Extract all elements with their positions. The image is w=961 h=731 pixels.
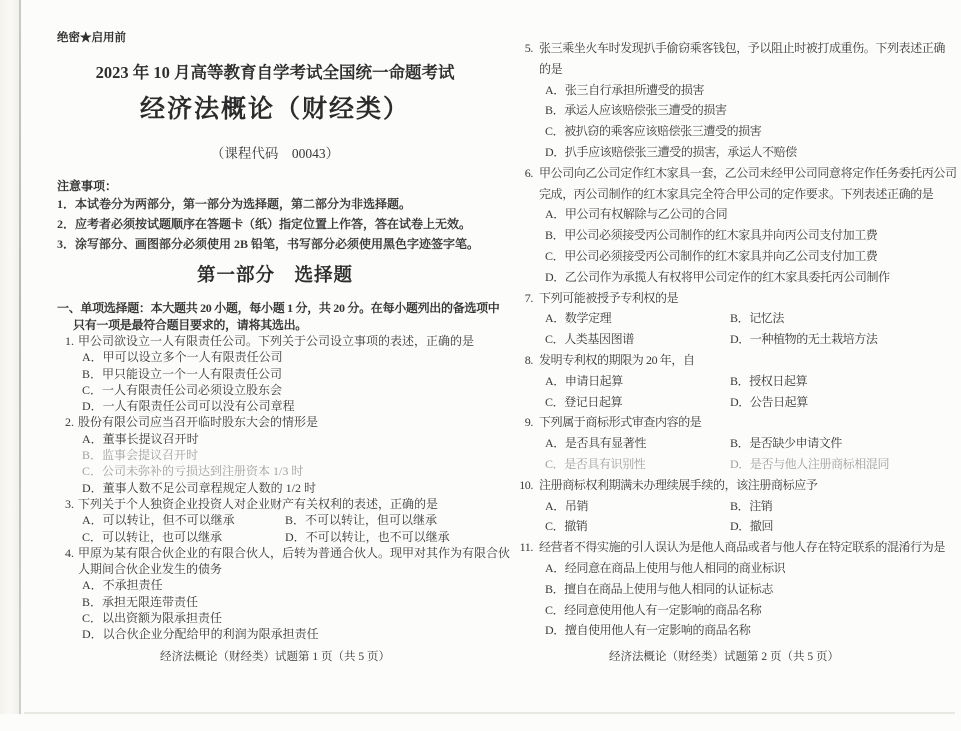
question-6-option-d: D．乙公司作为承揽人有权将甲公司定作的红木家具委托丙公司制作 xyxy=(509,267,939,288)
question-9-number: 9. xyxy=(509,412,539,433)
question-5-option-d: D．扒手应该赔偿张三遭受的损害，承运人不赔偿 xyxy=(509,142,939,163)
question-3-options-row-2: C．可以转让，也可以继承 D．不可以转让，也不可以继承 xyxy=(57,529,493,545)
question-5-option-b: B．承运人应该赔偿张三遭受的损害 xyxy=(509,100,939,121)
question-1-stem-text: 甲公司欲设立一人有限责任公司。下列关于公司设立事项的表述，正确的是 xyxy=(78,333,493,349)
question-6-stem: 6. 甲公司向乙公司定作红木家具一套，乙公司未经甲公司同意将定作任务委托丙公司 xyxy=(509,163,939,184)
question-4-stem-line-2: 人期间合伙企业发生的债务 xyxy=(57,561,493,577)
question-1-number: 1. xyxy=(57,333,78,349)
question-10-number: 10. xyxy=(509,475,539,496)
question-3-stem: 3. 下列关于个人独资企业投资人对企业财产有关权利的表述，正确的是 xyxy=(57,496,493,512)
question-6-option-c: C．甲公司必须接受丙公司制作的红木家具并向乙公司支付加工费 xyxy=(509,246,939,267)
question-9-option-c: C．是否具有识别性 xyxy=(545,454,730,475)
question-11-option-a: A．经同意在商品上使用与他人相同的商业标识 xyxy=(509,558,939,579)
page-1-footer: 经济法概论（财经类）试题第 1 页（共 5 页） xyxy=(57,650,493,665)
question-3-option-d: D．不可以转让，也不可以继承 xyxy=(285,529,493,545)
question-7-stem: 7. 下列可能被授予专利权的是 xyxy=(509,288,939,309)
question-1-option-c: C．一人有限责任公司必须设立股东会 xyxy=(57,382,493,398)
question-2-number: 2. xyxy=(57,414,78,430)
question-8-option-a: A．申请日起算 xyxy=(545,371,730,392)
question-1: 1. 甲公司欲设立一人有限责任公司。下列关于公司设立事项的表述，正确的是 A．甲… xyxy=(57,333,493,414)
question-8-stem: 8. 发明专利权的期限为 20 年，自 xyxy=(509,350,939,371)
secrecy-label: 绝密★启用前 xyxy=(57,31,493,45)
notice-title: 注意事项： xyxy=(57,178,493,194)
question-11-option-c: C．经同意使用他人有一定影响的商品名称 xyxy=(509,600,939,621)
question-3-option-c: C．可以转让，也可以继承 xyxy=(82,529,285,545)
question-9-stem-text: 下列属于商标形式审查内容的是 xyxy=(539,412,939,433)
question-4-option-a: A．不承担责任 xyxy=(57,577,493,593)
question-2-stem-text: 股份有限公司应当召开临时股东大会的情形是 xyxy=(78,414,493,430)
section-intro-line-1: 一、单项选择题：本大题共 20 小题，每小题 1 分，共 20 分。在每小题列出… xyxy=(57,300,493,317)
question-8-number: 8. xyxy=(509,350,539,371)
question-8: 8. 发明专利权的期限为 20 年，自 A．申请日起算 B．授权日起算 C．登记… xyxy=(509,350,939,412)
question-3-stem-text: 下列关于个人独资企业投资人对企业财产有关权利的表述，正确的是 xyxy=(78,496,493,512)
question-2-option-d: D．董事人数不足公司章程规定人数的 1/2 时 xyxy=(57,480,493,496)
question-6: 6. 甲公司向乙公司定作红木家具一套，乙公司未经甲公司同意将定作任务委托丙公司 … xyxy=(509,163,939,288)
question-7-option-c: C．人类基因图谱 xyxy=(545,329,730,350)
question-5-option-c: C．被扒窃的乘客应该赔偿张三遭受的损害 xyxy=(509,121,939,142)
question-5-stem: 5. 张三乘坐火车时发现扒手偷窃乘客钱包，予以阻止时被打成重伤。下列表述正确 xyxy=(509,38,939,59)
question-7-option-d: D．一种植物的无土栽培方法 xyxy=(730,329,939,350)
question-5-stem-text: 张三乘坐火车时发现扒手偷窃乘客钱包，予以阻止时被打成重伤。下列表述正确 xyxy=(539,38,945,59)
question-5-option-a: A．张三自行承担所遭受的损害 xyxy=(509,80,939,101)
question-2-option-b: B．监事会提议召开时 xyxy=(57,447,493,463)
question-5-number: 5. xyxy=(509,38,539,59)
question-9-option-a: A．是否具有显著性 xyxy=(545,433,730,454)
question-6-option-b: B．甲公司必须接受丙公司制作的红木家具并向丙公司支付加工费 xyxy=(509,225,939,246)
question-10-stem-text: 注册商标权利期满未办理续展手续的，该注册商标应予 xyxy=(539,475,939,496)
question-9-options-row-2: C．是否具有识别性 D．是否与他人注册商标相混同 xyxy=(509,454,939,475)
question-11-stem: 11. 经营者不得实施的引人误认为是他人商品或者与他人存在特定联系的混淆行为是 xyxy=(509,537,939,558)
question-3-option-b: B．不可以转让，但可以继承 xyxy=(285,512,493,528)
question-2-option-c: C．公司未弥补的亏损达到注册资本 1/3 时 xyxy=(57,463,493,479)
question-3-number: 3. xyxy=(57,496,78,512)
question-11-number: 11. xyxy=(509,537,539,558)
question-7-stem-text: 下列可能被授予专利权的是 xyxy=(539,288,939,309)
question-4-option-c: C．以出资额为限承担责任 xyxy=(57,610,493,626)
question-7-option-a: A．数学定理 xyxy=(545,308,730,329)
question-6-stem-text: 甲公司向乙公司定作红木家具一套，乙公司未经甲公司同意将定作任务委托丙公司 xyxy=(539,163,957,184)
question-1-option-b: B．甲只能设立一个一人有限责任公司 xyxy=(57,366,493,382)
question-7-options-row-1: A．数学定理 B．记忆法 xyxy=(509,308,939,329)
question-8-option-d: D．公告日起算 xyxy=(730,392,939,413)
question-11-option-d: D．擅自使用他人有一定影响的商品名称 xyxy=(509,620,939,641)
question-4: 4. 甲原为某有限合伙企业的有限合伙人，后转为普通合伙人。现甲对其作为有限合伙 … xyxy=(57,545,493,643)
question-3-options-row-1: A．可以转让，但不可以继承 B．不可以转让，但可以继承 xyxy=(57,512,493,528)
question-6-number: 6. xyxy=(509,163,539,184)
question-8-options-row-2: C．登记日起算 D．公告日起算 xyxy=(509,392,939,413)
exam-session-title: 2023 年 10 月高等教育自学考试全国统一命题考试 xyxy=(57,62,493,84)
question-8-option-c: C．登记日起算 xyxy=(545,392,730,413)
subject-title: 经济法概论（财经类） xyxy=(57,93,493,126)
question-6-option-a: A．甲公司有权解除与乙公司的合同 xyxy=(509,204,939,225)
page-1: 绝密★启用前 2023 年 10 月高等教育自学考试全国统一命题考试 经济法概论… xyxy=(57,0,493,665)
question-5-stem-line-2: 的是 xyxy=(509,59,939,80)
question-8-options-row-1: A．申请日起算 B．授权日起算 xyxy=(509,371,939,392)
scan-bottom-shadow xyxy=(24,712,955,714)
question-10-option-b: B．注销 xyxy=(730,496,939,517)
question-11-stem-text: 经营者不得实施的引人误认为是他人商品或者与他人存在特定联系的混淆行为是 xyxy=(539,537,945,558)
question-8-option-b: B．授权日起算 xyxy=(730,371,939,392)
question-9-options-row-1: A．是否具有显著性 B．是否缺少申请文件 xyxy=(509,433,939,454)
exam-paper-scan: 绝密★启用前 2023 年 10 月高等教育自学考试全国统一命题考试 经济法概论… xyxy=(0,0,961,731)
question-2: 2. 股份有限公司应当召开临时股东大会的情形是 A．董事长提议召开时 B．监事会… xyxy=(57,414,493,495)
question-4-stem-text: 甲原为某有限合伙企业的有限合伙人，后转为普通合伙人。现甲对其作为有限合伙 xyxy=(78,545,510,561)
question-9: 9. 下列属于商标形式审查内容的是 A．是否具有显著性 B．是否缺少申请文件 C… xyxy=(509,412,939,474)
page-2-footer: 经济法概论（财经类）试题第 2 页（共 5 页） xyxy=(509,650,939,665)
question-10-stem: 10. 注册商标权利期满未办理续展手续的，该注册商标应予 xyxy=(509,475,939,496)
question-7-option-b: B．记忆法 xyxy=(730,308,939,329)
question-8-stem-text: 发明专利权的期限为 20 年，自 xyxy=(539,350,939,371)
question-3-option-a: A．可以转让，但不可以继承 xyxy=(82,512,285,528)
question-6-stem-line-2: 完成，丙公司制作的红木家具完全符合甲公司的定作要求。下列表述正确的是 xyxy=(509,184,939,205)
question-3: 3. 下列关于个人独资企业投资人对企业财产有关权利的表述，正确的是 A．可以转让… xyxy=(57,496,493,545)
question-1-option-a: A．甲可以设立多个一人有限责任公司 xyxy=(57,349,493,365)
question-7-number: 7. xyxy=(509,288,539,309)
question-11-option-b: B．擅自在商品上使用与他人相同的认证标志 xyxy=(509,579,939,600)
question-1-option-d: D．一人有限责任公司可以没有公司章程 xyxy=(57,398,493,414)
notice-item-1: 1．本试卷分为两部分，第一部分为选择题，第二部分为非选择题。 xyxy=(57,194,493,214)
scan-left-edge xyxy=(0,0,19,714)
question-4-option-b: B．承担无限连带责任 xyxy=(57,594,493,610)
question-7-options-row-2: C．人类基因图谱 D．一种植物的无土栽培方法 xyxy=(509,329,939,350)
question-9-option-b: B．是否缺少申请文件 xyxy=(730,433,939,454)
course-code: （课程代码 00043） xyxy=(57,145,493,162)
question-2-stem: 2. 股份有限公司应当召开临时股东大会的情形是 xyxy=(57,414,493,430)
question-9-option-d: D．是否与他人注册商标相混同 xyxy=(730,454,939,475)
notice-item-2: 2．应考者必须按试题顺序在答题卡（纸）指定位置上作答，答在试卷上无效。 xyxy=(57,214,493,234)
question-10-option-a: A．吊销 xyxy=(545,496,730,517)
question-10-option-d: D．撤回 xyxy=(730,516,939,537)
question-10-option-c: C．撤销 xyxy=(545,516,730,537)
question-10: 10. 注册商标权利期满未办理续展手续的，该注册商标应予 A．吊销 B．注销 C… xyxy=(509,475,939,537)
part-one-title: 第一部分 选择题 xyxy=(57,264,493,288)
question-9-stem: 9. 下列属于商标形式审查内容的是 xyxy=(509,412,939,433)
page-2: 5. 张三乘坐火车时发现扒手偷窃乘客钱包，予以阻止时被打成重伤。下列表述正确 的… xyxy=(509,0,939,665)
question-7: 7. 下列可能被授予专利权的是 A．数学定理 B．记忆法 C．人类基因图谱 D．… xyxy=(509,288,939,350)
question-2-option-a: A．董事长提议召开时 xyxy=(57,431,493,447)
question-11: 11. 经营者不得实施的引人误认为是他人商品或者与他人存在特定联系的混淆行为是 … xyxy=(509,537,939,641)
notice-item-3: 3．涂写部分、画图部分必须使用 2B 铅笔，书写部分必须使用黑色字迹签字笔。 xyxy=(57,234,493,254)
question-1-stem: 1. 甲公司欲设立一人有限责任公司。下列关于公司设立事项的表述，正确的是 xyxy=(57,333,493,349)
question-10-options-row-1: A．吊销 B．注销 xyxy=(509,496,939,517)
question-4-option-d: D．以合伙企业分配给甲的利润为限承担责任 xyxy=(57,626,493,642)
question-4-stem: 4. 甲原为某有限合伙企业的有限合伙人，后转为普通合伙人。现甲对其作为有限合伙 xyxy=(57,545,493,561)
section-intro-line-2: 只有一项是最符合题目要求的，请将其选出。 xyxy=(57,317,493,334)
scan-left-edge-line xyxy=(19,0,21,714)
question-5: 5. 张三乘坐火车时发现扒手偷窃乘客钱包，予以阻止时被打成重伤。下列表述正确 的… xyxy=(509,38,939,163)
question-10-options-row-2: C．撤销 D．撤回 xyxy=(509,516,939,537)
question-4-number: 4. xyxy=(57,545,78,561)
